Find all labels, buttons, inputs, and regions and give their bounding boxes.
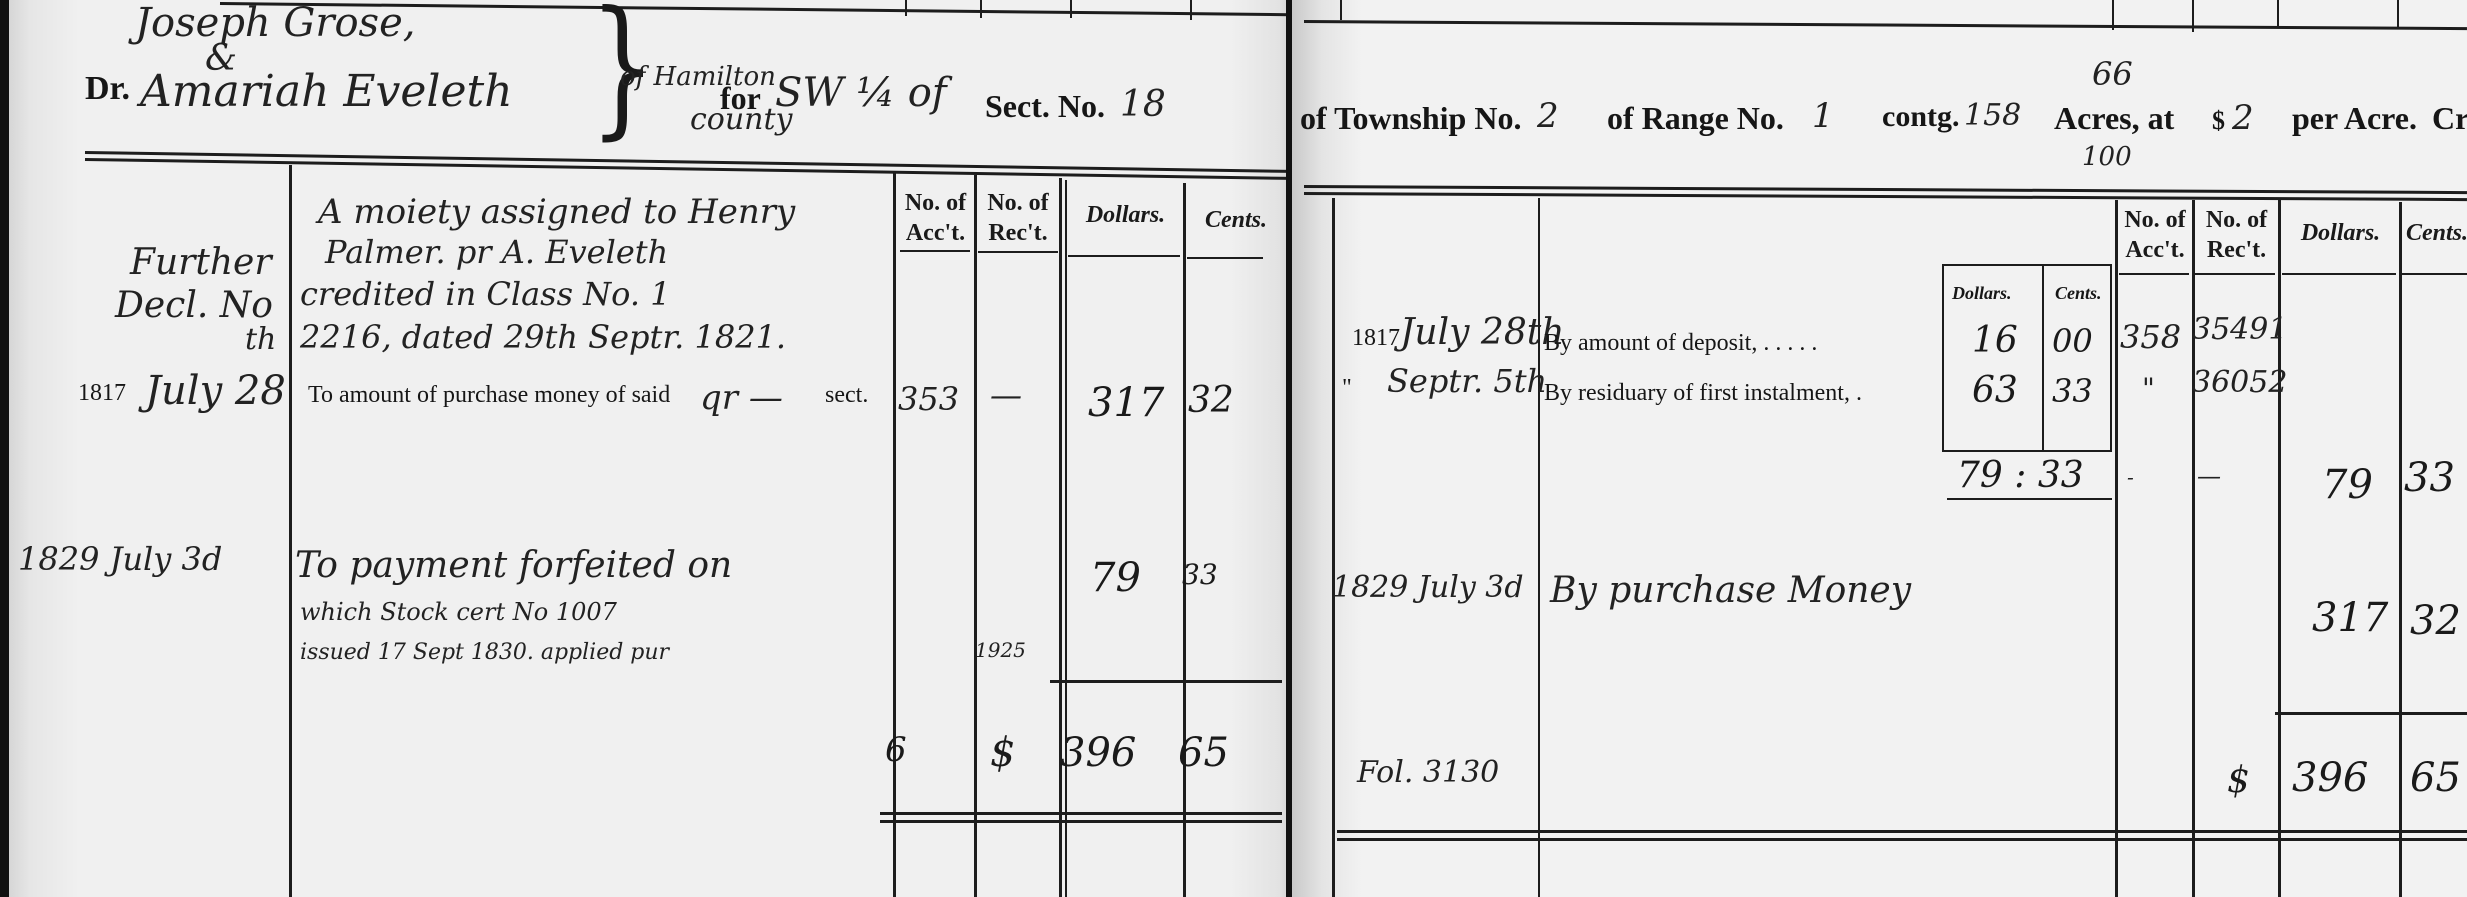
entry-description-sect: sect. (825, 382, 868, 409)
acct-column-header: No. ofAcc't. (897, 188, 974, 248)
top-tick (980, 0, 982, 18)
margin-note-decl: Decl. No (115, 285, 273, 326)
entry-description-line: which Stock cert No 1007 (300, 598, 617, 626)
acct-column-header: No. ofAcc't. (2118, 205, 2192, 265)
entry-acct-no-ditto: " (2142, 372, 2155, 405)
inner-dollars-header: Dollars. (1952, 283, 2012, 304)
date-column-divider (1332, 198, 1335, 897)
subtotal-underline (1947, 498, 2112, 500)
dr-label: Dr. (85, 70, 130, 108)
header-underline (1187, 257, 1263, 259)
cents-column-divider (1183, 183, 1186, 897)
acres-fraction-numerator: 66 (2092, 55, 2133, 93)
dollars-column-divider (2278, 200, 2281, 897)
margin-note-further: Further (130, 242, 272, 283)
entry-rec-no: — (990, 376, 1022, 414)
entry-description: By residuary of first instalment, . (1544, 380, 1862, 407)
rec-column-header: No. ofRec't. (2195, 205, 2278, 265)
cents-column-divider (2399, 202, 2402, 897)
entry-rec-no: 1925 (975, 638, 1026, 662)
dollars-column-divider (1059, 178, 1062, 897)
total-dollars: 396 (1060, 730, 1136, 776)
price-per-acre: 2 (2232, 98, 2254, 138)
bottom-double-rule (880, 820, 1282, 823)
entry-inner-dollars: 63 (1972, 370, 2018, 411)
inner-box-left (1942, 264, 1944, 450)
header-underline (900, 250, 970, 252)
entry-date: July 28 (145, 368, 286, 414)
margin-note-th: th (245, 322, 276, 357)
township-number: 2 (1537, 96, 1559, 136)
bottom-double-rule (1337, 830, 2467, 833)
entry-description-line: issued 17 Sept 1830. applied pur (300, 640, 669, 665)
top-tick (1190, 0, 1192, 20)
top-rule (1304, 20, 2467, 30)
header-double-rule (1304, 192, 2467, 201)
entry-date: Septr. 5th (1387, 362, 1547, 400)
top-tick (1340, 0, 1342, 20)
total-cents: 65 (2410, 755, 2461, 801)
price-symbol: $ (2212, 106, 2225, 136)
inner-box-top (1942, 264, 2112, 266)
subtotal-rec-mark: — (2197, 462, 2221, 490)
dollars-column-header: Dollars. (1068, 200, 1183, 230)
subtotal-dollars: 79 (2322, 462, 2373, 508)
inner-box-bottom (1942, 450, 2112, 452)
rec-column-divider (2192, 200, 2195, 897)
date-column-divider (289, 165, 292, 897)
cents-column-header: Cents. (1186, 205, 1286, 235)
section-number: 18 (1120, 84, 1166, 125)
inner-box-right (2110, 264, 2112, 450)
entry-year-ditto: " (1342, 375, 1352, 402)
range-number: 1 (1812, 96, 1834, 136)
top-tick (2277, 0, 2279, 26)
entry-date: 1829 July 3d (1332, 570, 1524, 605)
rec-column-header: No. ofRec't. (977, 188, 1059, 248)
subtotal-inner: 79 : 33 (1957, 455, 2084, 496)
acres-label: Acres, at (2054, 100, 2174, 137)
header-underline (1068, 255, 1180, 257)
total-rule (1050, 680, 1282, 683)
top-tick (905, 0, 907, 16)
entry-date: July 28th (1400, 312, 1564, 353)
bottom-double-rule (1337, 838, 2467, 841)
description-column-divider (1538, 198, 1540, 897)
acct-column-divider (893, 172, 896, 897)
header-underline (2119, 273, 2189, 275)
total-dollars: 396 (2292, 755, 2368, 801)
entry-dollars: 79 (1090, 555, 1141, 601)
acres-fraction-denominator: 100 (2082, 142, 2132, 172)
purchaser-name-1: Joseph Grose, (135, 0, 415, 46)
entry-inner-cents: 33 (2052, 372, 2093, 410)
rec-column-divider (974, 175, 977, 897)
entry-dollars: 317 (2312, 595, 2388, 641)
entry-description: By purchase Money (1550, 570, 1911, 611)
for-label: for (720, 80, 761, 117)
left-ledger-page: Joseph Grose, & Dr. Amariah Eveleth } of… (0, 0, 1292, 897)
per-acre-label: per Acre. (2292, 100, 2417, 137)
entry-date: 1829 July 3d (18, 540, 222, 578)
right-ledger-page: of Township No. 2 of Range No. 1 contg. … (1292, 0, 2467, 897)
range-label: of Range No. (1607, 100, 1784, 137)
total-cents: 65 (1178, 730, 1229, 776)
entry-cents: 33 (1182, 558, 1218, 591)
cr-label: Cr (2432, 100, 2467, 137)
entry-acct-no: 358 (2120, 318, 2181, 356)
left-page-edge (0, 0, 9, 897)
top-tick (2397, 0, 2399, 28)
section-label: Sect. No. (985, 88, 1105, 125)
entry-cents: 32 (2410, 598, 2461, 644)
header-underline (978, 251, 1058, 253)
acres-number: 158 (1964, 98, 2021, 133)
top-tick (2192, 0, 2194, 32)
total-currency-mark: $ (990, 730, 1015, 776)
total-currency-mark: $ (2227, 760, 2250, 801)
total-rule (2275, 712, 2467, 715)
header-underline (2282, 273, 2396, 275)
entry-acct-no: 353 (898, 380, 959, 418)
entry-description: By amount of deposit, . . . . . (1544, 330, 1817, 357)
entry-description: To amount of purchase money of said (308, 382, 670, 409)
entry-description-line: To payment forfeited on (295, 545, 732, 586)
dollars-column-divider (1065, 180, 1067, 897)
inner-cents-header: Cents. (2055, 283, 2102, 304)
entry-cents: 32 (1188, 380, 1234, 421)
entry-description-quarter: qr — (700, 378, 783, 418)
bottom-double-rule (880, 812, 1282, 815)
entry-year: 1817 (78, 380, 126, 407)
township-label: of Township No. (1300, 100, 1521, 137)
header-underline (2402, 273, 2467, 275)
subtotal-acct-mark: - (2127, 465, 2134, 489)
inner-box-divider (2042, 266, 2044, 450)
entry-dollars: 317 (1088, 380, 1164, 426)
header-underline (2195, 273, 2275, 275)
containing-label: contg. (1882, 100, 1960, 134)
entry-rec-no: 36052 (2192, 365, 2287, 400)
dollars-column-header: Dollars. (2282, 218, 2399, 248)
top-tick (2112, 0, 2114, 30)
purchaser-name-2: Amariah Eveleth (140, 66, 513, 117)
tract-description: SW ¼ of (775, 70, 947, 116)
assignment-note-line: A moiety assigned to Henry (318, 192, 795, 232)
cents-column-header: Cents. (2402, 218, 2467, 248)
entry-rec-no: 35491 (2192, 312, 2287, 347)
entry-year: 1817 (1352, 325, 1400, 352)
assignment-note-line: Palmer. pr A. Eveleth (325, 233, 668, 271)
entry-inner-cents: 00 (2052, 322, 2093, 360)
subtotal-cents: 33 (2404, 455, 2455, 501)
folio-note: Fol. 3130 (1357, 755, 1499, 790)
acct-column-divider (2115, 200, 2118, 897)
top-tick (1070, 0, 1072, 18)
entry-inner-dollars: 16 (1972, 320, 2018, 361)
total-acct-no: 6 (885, 730, 907, 770)
assignment-note-line: credited in Class No. 1 (300, 275, 671, 313)
assignment-note-line: 2216, dated 29th Septr. 1821. (300, 318, 786, 356)
